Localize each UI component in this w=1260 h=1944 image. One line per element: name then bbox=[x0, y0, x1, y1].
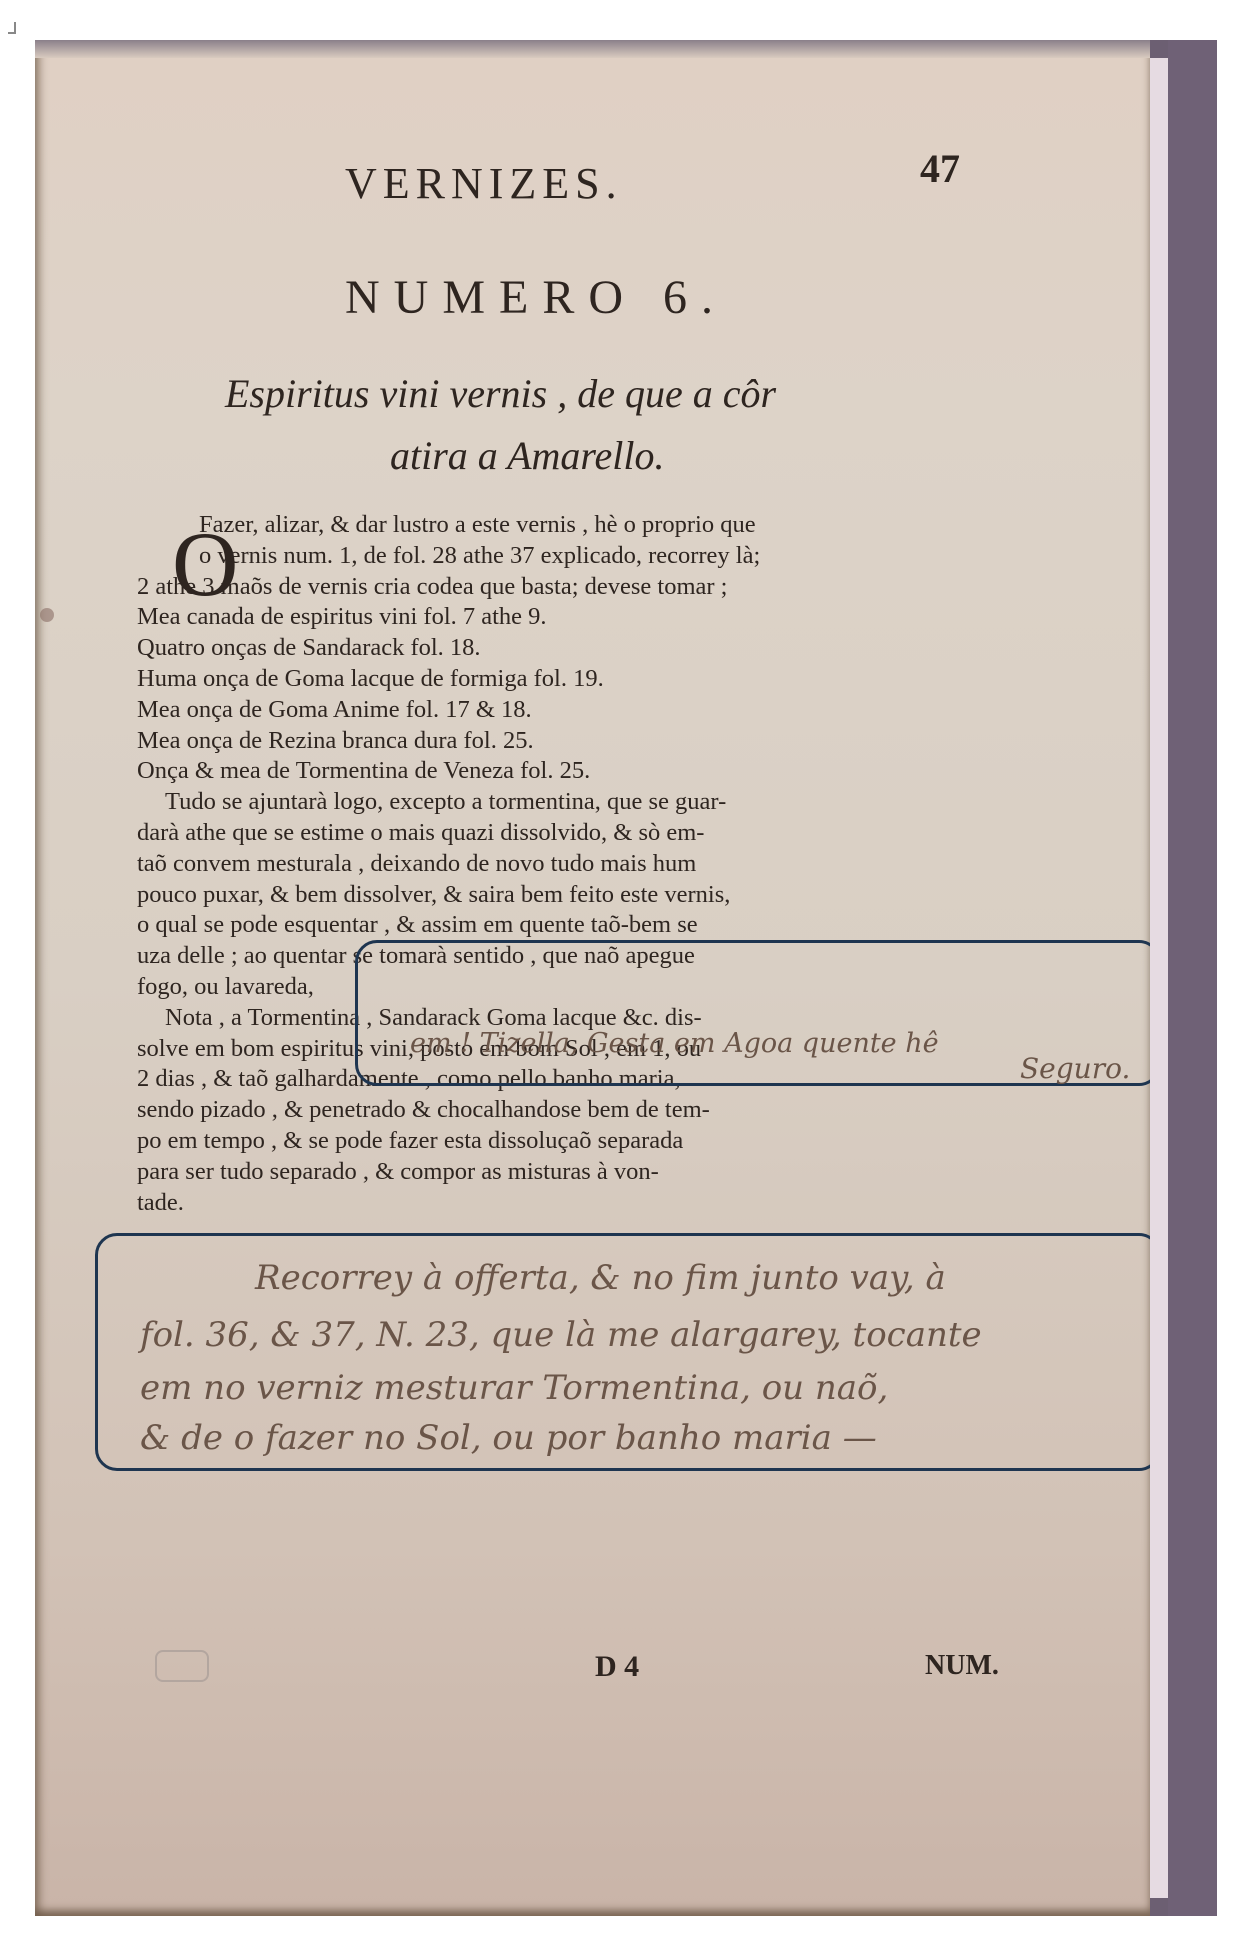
book-page: VERNIZES. 47 NUMERO 6. Espiritus vini ve… bbox=[35, 40, 1150, 1916]
body-line: o qual se pode esquentar , & assim em qu… bbox=[137, 910, 957, 941]
body-text: Fazer, alizar, & dar lustro a este verni… bbox=[137, 510, 957, 1218]
body-line: 2 athe 3 maõs de vernis cria codea que b… bbox=[137, 572, 957, 603]
handwritten-annotation-2-line-2: fol. 36, & 37, N. 23, que là me alargare… bbox=[140, 1315, 982, 1355]
body-line: taõ convem mesturala , deixando de novo … bbox=[137, 849, 957, 880]
margin-stain bbox=[40, 608, 54, 622]
body-line: darà athe que se estime o mais quazi dis… bbox=[137, 818, 957, 849]
section-subtitle-line-1: Espiritus vini vernis , de que a côr bbox=[225, 370, 776, 417]
handwritten-annotation-2-line-3: em no verniz mesturar Tormentina, ou naõ… bbox=[140, 1368, 888, 1408]
body-line: pouco puxar, & bem dissolver, & saira be… bbox=[137, 880, 957, 911]
running-head: VERNIZES. bbox=[345, 158, 623, 209]
page-top-shadow bbox=[35, 40, 1150, 58]
handwritten-annotation-1-line-2: Seguro. bbox=[1020, 1052, 1130, 1085]
background-strip bbox=[1168, 40, 1217, 1916]
corner-crop-mark bbox=[8, 22, 16, 34]
body-line: Huma onça de Goma lacque de formiga fol.… bbox=[137, 664, 957, 695]
handwritten-annotation-2-line-1: Recorrey à offerta, & no fim junto vay, … bbox=[255, 1258, 946, 1298]
body-line: Onça & mea de Tormentina de Veneza fol. … bbox=[137, 756, 957, 787]
library-stamp bbox=[155, 1650, 209, 1682]
body-line: Quatro onças de Sandarack fol. 18. bbox=[137, 633, 957, 664]
body-line: po em tempo , & se pode fazer esta disso… bbox=[137, 1126, 957, 1157]
body-line: tade. bbox=[137, 1188, 957, 1219]
body-line: Tudo se ajuntarà logo, excepto a torment… bbox=[137, 787, 957, 818]
body-line: o vernis num. 1, de fol. 28 athe 37 expl… bbox=[137, 541, 957, 572]
section-heading: NUMERO 6. bbox=[345, 270, 727, 325]
page-number: 47 bbox=[920, 145, 960, 192]
signature-mark: D 4 bbox=[595, 1650, 639, 1684]
handwritten-annotation-1-line-1: em ! Tizella, Gesta em Agoa quente hê bbox=[410, 1028, 939, 1059]
body-line: Mea onça de Rezina branca dura fol. 25. bbox=[137, 726, 957, 757]
body-line: Mea onça de Goma Anime fol. 17 & 18. bbox=[137, 695, 957, 726]
handwritten-annotation-2-line-4: & de o fazer no Sol, ou por banho maria … bbox=[140, 1418, 877, 1458]
page-edge bbox=[1150, 58, 1168, 1898]
body-line: Mea canada de espiritus vini fol. 7 athe… bbox=[137, 602, 957, 633]
body-line: Fazer, alizar, & dar lustro a este verni… bbox=[137, 510, 957, 541]
page-photograph: VERNIZES. 47 NUMERO 6. Espiritus vini ve… bbox=[35, 40, 1217, 1916]
body-line: sendo pizado , & penetrado & chocalhando… bbox=[137, 1095, 957, 1126]
section-subtitle-line-2: atira a Amarello. bbox=[390, 432, 664, 479]
body-line: para ser tudo separado , & compor as mis… bbox=[137, 1157, 957, 1188]
catchword: NUM. bbox=[925, 1650, 999, 1682]
